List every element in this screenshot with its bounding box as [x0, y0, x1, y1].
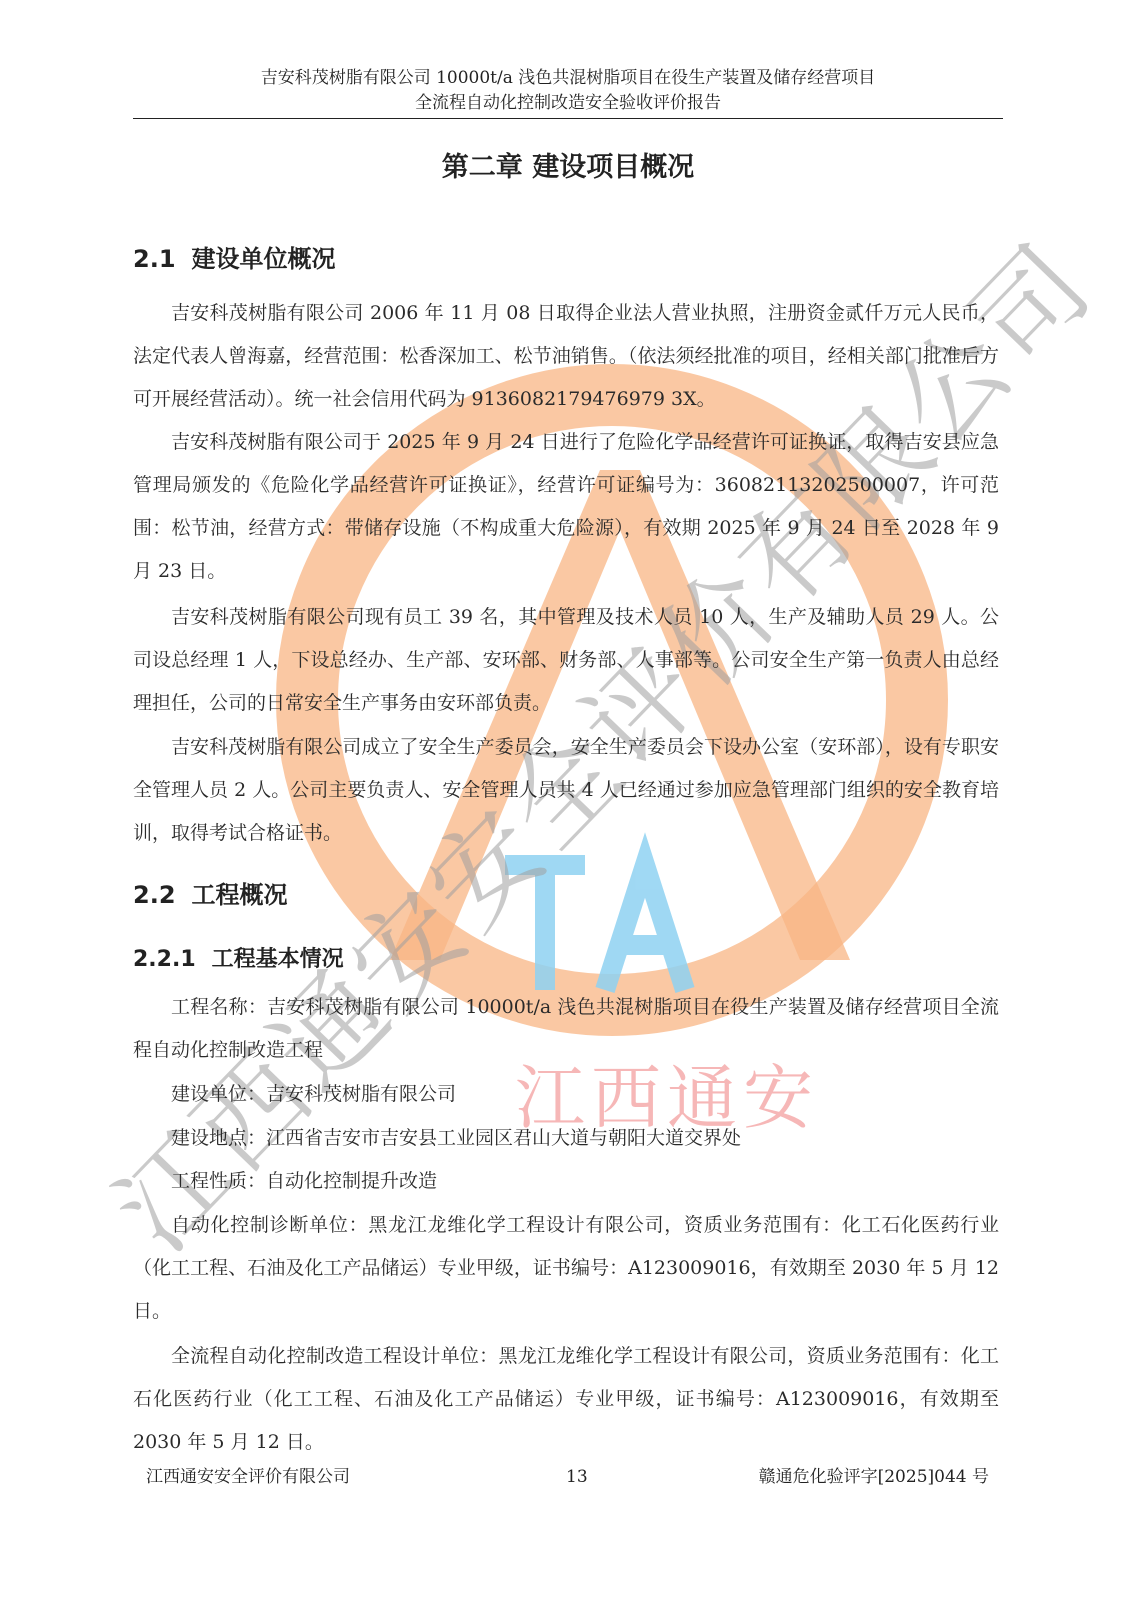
running-header-line2: 全流程自动化控制改造安全验收评价报告 [133, 91, 1003, 116]
footer-report-number: 赣通危化验评字[2025]044 号 [759, 1465, 989, 1489]
running-header-line1: 吉安科茂树脂有限公司 10000t/a 浅色共混树脂项目在役生产装置及储存经营项… [133, 66, 1003, 91]
running-header: 吉安科茂树脂有限公司 10000t/a 浅色共混树脂项目在役生产装置及储存经营项… [133, 66, 1003, 116]
paragraph-hazardous-chemical-license: 吉安科茂树脂有限公司于 2025 年 9 月 24 日进行了危险化学品经营许可证… [133, 421, 999, 593]
header-divider [133, 118, 1003, 119]
page-content: 吉安科茂树脂有限公司 10000t/a 浅色共混树脂项目在役生产装置及储存经营项… [0, 0, 1129, 1600]
paragraph-construction-site: 建设地点：江西省吉安市吉安县工业园区君山大道与朝阳大道交界处 [133, 1117, 999, 1160]
paragraph-construction-unit: 建设单位：吉安科茂树脂有限公司 [133, 1073, 999, 1116]
footer-page-number: 13 [566, 1465, 588, 1489]
paragraph-project-nature: 工程性质：自动化控制提升改造 [133, 1160, 999, 1203]
section-number: 2.2 [133, 881, 176, 909]
section-number: 2.1 [133, 245, 176, 273]
document-page: 江西通安 江西通安安全评价有限公司 吉安科茂树脂有限公司 10000t/a 浅色… [0, 0, 1129, 1600]
paragraph-staff: 吉安科茂树脂有限公司现有员工 39 名，其中管理及技术人员 10 人，生产及辅助… [133, 596, 999, 725]
paragraph-safety-committee: 吉安科茂树脂有限公司成立了安全生产委员会，安全生产委员会下设办公室（安环部），设… [133, 726, 999, 855]
section-title: 建设单位概况 [192, 245, 336, 273]
section-title: 工程概况 [192, 881, 288, 909]
section-heading-2-2: 2.2工程概况 [133, 877, 288, 913]
paragraph-project-name: 工程名称：吉安科茂树脂有限公司 10000t/a 浅色共混树脂项目在役生产装置及… [133, 986, 999, 1072]
paragraph-design-unit: 全流程自动化控制改造工程设计单位：黑龙江龙维化学工程设计有限公司，资质业务范围有… [133, 1335, 999, 1464]
section-heading-2-2-1: 2.2.1工程基本情况 [133, 943, 344, 977]
footer-company: 江西通安安全评价有限公司 [146, 1465, 350, 1489]
paragraph-company-registration: 吉安科茂树脂有限公司 2006 年 11 月 08 日取得企业法人营业执照，注册… [133, 292, 999, 421]
section-heading-2-1: 2.1建设单位概况 [133, 241, 336, 277]
section-title: 工程基本情况 [212, 947, 344, 972]
section-number: 2.2.1 [133, 947, 196, 972]
chapter-title: 第二章 建设项目概况 [133, 148, 1003, 188]
paragraph-diagnosis-unit: 自动化控制诊断单位：黑龙江龙维化学工程设计有限公司，资质业务范围有：化工石化医药… [133, 1204, 999, 1333]
